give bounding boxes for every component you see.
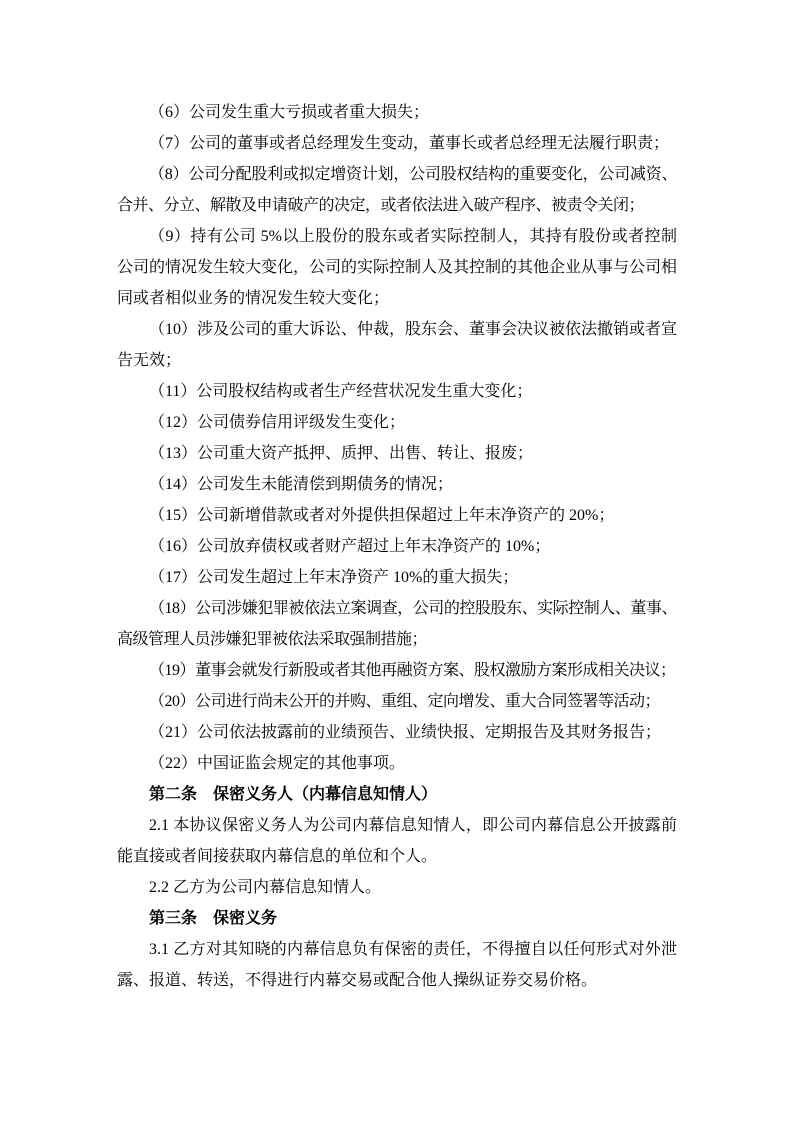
item-16: （16）公司放弃债权或者财产超过上年末净资产的 10%； bbox=[117, 531, 677, 562]
item-9: （9）持有公司 5%以上股份的股东或者实际控制人，其持有股份或者控制公司的情况发… bbox=[117, 221, 677, 314]
clause-2-1: 2.1 本协议保密义务人为公司内幕信息知情人，即公司内幕信息公开披露前能直接或者… bbox=[117, 810, 677, 872]
item-12: （12）公司债券信用评级发生变化； bbox=[117, 407, 677, 438]
heading-article-3: 第三条 保密义务 bbox=[117, 903, 677, 934]
item-18: （18）公司涉嫌犯罪被依法立案调查，公司的控股股东、实际控制人、董事、高级管理人… bbox=[117, 593, 677, 655]
item-6: （6）公司发生重大亏损或者重大损失； bbox=[117, 97, 677, 128]
heading-article-2: 第二条 保密义务人（内幕信息知情人） bbox=[117, 779, 677, 810]
clause-3-1: 3.1 乙方对其知晓的内幕信息负有保密的责任，不得擅自以任何形式对外泄露、报道、… bbox=[117, 934, 677, 996]
item-11: （11）公司股权结构或者生产经营状况发生重大变化； bbox=[117, 376, 677, 407]
item-8: （8）公司分配股利或拟定增资计划，公司股权结构的重要变化，公司减资、合并、分立、… bbox=[117, 159, 677, 221]
item-20: （20）公司进行尚未公开的并购、重组、定向增发、重大合同签署等活动； bbox=[117, 686, 677, 717]
item-22: （22）中国证监会规定的其他事项。 bbox=[117, 748, 677, 779]
document-body: （6）公司发生重大亏损或者重大损失；（7）公司的董事或者总经理发生变动，董事长或… bbox=[117, 97, 677, 996]
item-10: （10）涉及公司的重大诉讼、仲裁，股东会、董事会决议被依法撤销或者宣告无效； bbox=[117, 314, 677, 376]
item-7: （7）公司的董事或者总经理发生变动，董事长或者总经理无法履行职责； bbox=[117, 128, 677, 159]
item-14: （14）公司发生未能清偿到期债务的情况； bbox=[117, 469, 677, 500]
item-21: （21）公司依法披露前的业绩预告、业绩快报、定期报告及其财务报告； bbox=[117, 717, 677, 748]
clause-2-2: 2.2 乙方为公司内幕信息知情人。 bbox=[117, 872, 677, 903]
document-page: （6）公司发生重大亏损或者重大损失；（7）公司的董事或者总经理发生变动，董事长或… bbox=[0, 0, 793, 1122]
item-19: （19）董事会就发行新股或者其他再融资方案、股权激励方案形成相关决议； bbox=[117, 655, 677, 686]
item-13: （13）公司重大资产抵押、质押、出售、转让、报废； bbox=[117, 438, 677, 469]
item-17: （17）公司发生超过上年末净资产 10%的重大损失； bbox=[117, 562, 677, 593]
item-15: （15）公司新增借款或者对外提供担保超过上年末净资产的 20%； bbox=[117, 500, 677, 531]
